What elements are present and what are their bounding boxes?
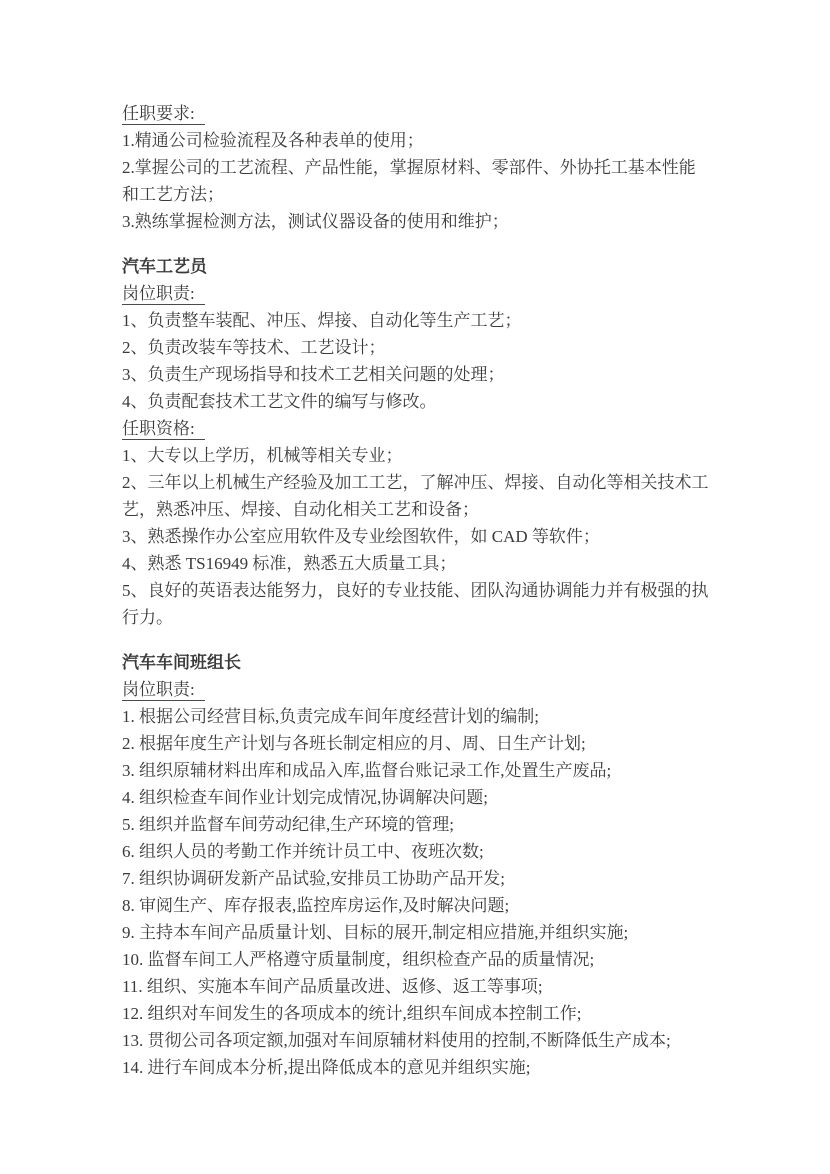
duty-item: 10. 监督车间工人严格遵守质量制度，组织检查产品的质量情况;: [122, 946, 710, 973]
qualification-item: 1、大专以上学历，机械等相关专业；: [122, 442, 710, 469]
qualifications-heading-text: 任职资格:: [122, 419, 205, 440]
duty-item: 8. 审阅生产、库存报表,监控库房运作,及时解决问题;: [122, 892, 710, 919]
requirements-heading: 任职要求:: [122, 100, 710, 127]
duty-item: 9. 主持本车间产品质量计划、目标的展开,制定相应措施,并组织实施;: [122, 919, 710, 946]
qualification-item: 4、熟悉 TS16949 标准，熟悉五大质量工具；: [122, 550, 710, 577]
duty-item: 13. 贯彻公司各项定额,加强对车间原辅材料使用的控制,不断降低生产成本;: [122, 1027, 710, 1054]
duty-item: 4. 组织检查车间作业计划完成情况,协调解决问题;: [122, 784, 710, 811]
duties-heading-text: 岗位职责:: [122, 680, 205, 701]
requirement-item: 3.熟练掌握检测方法，测试仪器设备的使用和维护；: [122, 208, 710, 235]
job-title-process-engineer: 汽车工艺员: [122, 253, 710, 280]
duty-item: 3. 组织原辅材料出库和成品入库,监督台账记录工作,处置生产废品;: [122, 757, 710, 784]
duties-heading-text: 岗位职责:: [122, 284, 205, 305]
job-title-workshop-team-leader: 汽车车间班组长: [122, 649, 710, 676]
duties-heading: 岗位职责:: [122, 280, 710, 307]
duty-item: 5. 组织并监督车间劳动纪律,生产环境的管理;: [122, 811, 710, 838]
document-page: 任职要求: 1.精通公司检验流程及各种表单的使用； 2.掌握公司的工艺流程、产品…: [0, 0, 830, 1081]
qualification-item: 2、三年以上机械生产经验及加工工艺，了解冲压、焊接、自动化等相关技术工艺，熟悉冲…: [122, 469, 710, 523]
qualification-item: 3、熟悉操作办公室应用软件及专业绘图软件，如 CAD 等软件；: [122, 523, 710, 550]
requirement-item: 1.精通公司检验流程及各种表单的使用；: [122, 127, 710, 154]
duty-item: 2. 根据年度生产计划与各班长制定相应的月、周、日生产计划;: [122, 730, 710, 757]
duty-item: 6. 组织人员的考勤工作并统计员工中、夜班次数;: [122, 838, 710, 865]
requirements-heading-text: 任职要求:: [122, 104, 205, 125]
duty-item: 1. 根据公司经营目标,负责完成车间年度经营计划的编制;: [122, 703, 710, 730]
duty-item: 11. 组织、实施本车间产品质量改进、返修、返工等事项;: [122, 973, 710, 1000]
duty-item: 14. 进行车间成本分析,提出降低成本的意见并组织实施;: [122, 1054, 710, 1081]
duty-item: 1、负责整车装配、冲压、焊接、自动化等生产工艺；: [122, 307, 710, 334]
duty-item: 7. 组织协调研发新产品试验,安排员工协助产品开发;: [122, 865, 710, 892]
qualifications-heading: 任职资格:: [122, 415, 710, 442]
duty-item: 3、负责生产现场指导和技术工艺相关问题的处理；: [122, 361, 710, 388]
duties-heading: 岗位职责:: [122, 676, 710, 703]
duty-item: 12. 组织对车间发生的各项成本的统计,组织车间成本控制工作;: [122, 1000, 710, 1027]
requirement-item: 2.掌握公司的工艺流程、产品性能，掌握原材料、零部件、外协托工基本性能和工艺方法…: [122, 154, 710, 208]
duty-item: 4、负责配套技术工艺文件的编写与修改。: [122, 388, 710, 415]
duty-item: 2、负责改装车等技术、工艺设计；: [122, 334, 710, 361]
qualification-item: 5、良好的英语表达能努力，良好的专业技能、团队沟通协调能力并有极强的执行力。: [122, 577, 710, 631]
